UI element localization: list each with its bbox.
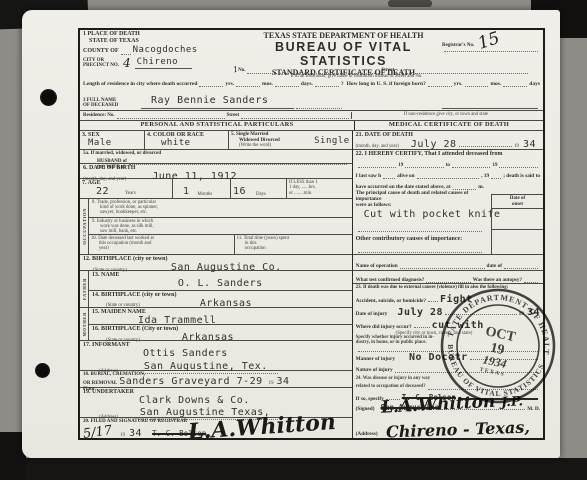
certify-19b: 19 [492,163,497,168]
md-label: M. D. [527,406,540,412]
specify-where-row: Specify whether injury occurred in in- d… [353,334,543,351]
dotted-line [358,224,482,232]
punch-hole [35,363,50,378]
test-label: What test confirmed diagnosis? [356,277,425,283]
last-saw-label: I last saw h [356,173,381,179]
dod-sub-label: (month, day, and year) [356,144,399,149]
dod-19-label: 19 [514,144,519,149]
days-label: days. [301,81,313,87]
alive-on-label: alive on [397,173,415,179]
death-said-label: ; death is said to [503,173,540,179]
days-label: days [529,81,540,87]
onset-label-2: onset [492,202,543,208]
dotted-line [405,160,444,168]
dotted-line [358,245,482,253]
total-time-label-3: occupation [245,246,350,251]
burial-19-label: 19 [269,381,274,386]
dotted-line [296,101,342,109]
test-autopsy-row: What test confirmed diagnosis? Was there… [353,271,543,284]
external-label: 23. If death was due to external causes … [356,285,540,290]
manner-value: No Docotr [409,353,468,363]
foreign-born-label: How long in U. S. if foreign born? [347,81,426,87]
date-of-label: date of [487,263,502,269]
dotted-line [524,275,538,283]
dotted-line [241,111,349,119]
dotted-line [275,79,299,87]
street-label: Street [227,113,240,119]
registrar-filed-row: 20. FILED AND SIGNATURE OF REGISTRAR 5/1… [80,418,352,440]
residence-label: Residence: No. [83,113,115,119]
mos-label: mos. [262,81,273,87]
dotted-line [499,160,538,168]
address-row: (Address) Chireno - Texas, [353,419,543,438]
signed-label: (Signed) [356,406,375,412]
husband-wife-row: 5a. If married, widowed, or divorced HUS… [80,150,352,164]
medical-column: 21. DATE OF DEATH (month, day, and year)… [352,131,543,438]
registrar-no-block: Registrar's No. 15 [442,31,540,63]
dotted-line [426,275,470,283]
months-label: Months [198,192,213,197]
occupation-group: OCCUPATION 8. Trade, profession, or part… [80,199,352,255]
section-headers: PERSONAL AND STATISTICAL PARTICULARS MED… [80,121,543,131]
father-vertical-text: FATHER [82,278,87,300]
occupation-vertical-text: OCCUPATION [82,208,87,245]
age-row: 7. AGE 22 Years 1 Months 16 Da [80,179,352,199]
dotted-line [395,365,538,373]
mother-group: MOTHER 15. MAIDEN NAME Ida Trammell 16. … [80,308,352,341]
onset-empty-cell [492,209,543,230]
where-value: cut with [432,321,484,331]
dotted-line [491,171,501,179]
place-of-death-block: 1 PLACE OF DEATH STATE OF TEXAS COUNTY O… [83,31,245,63]
dod-year-value: 34 [523,140,536,150]
title-block: TEXAS STATE DEPARTMENT OF HEALTH BUREAU … [245,31,442,63]
punch-hole [40,89,57,106]
certify-label: 22. I HEREBY CERTIFY, That I attended de… [356,151,540,158]
occupation-vertical-label: OCCUPATION [80,199,89,254]
dotted-line [247,66,379,74]
certificate-paper: 1 PLACE OF DEATH STATE OF TEXAS COUNTY O… [22,10,560,458]
dotted-line [428,382,538,390]
days-label: Days [256,192,266,197]
injury-year-value: 34 [527,308,540,318]
years-label: Years [125,191,136,196]
signature-name: L.A.Whitton [380,392,495,418]
burial-row: 18. BURIAL, CREMATION, OR REMOVAL Place … [80,371,352,388]
no-label: No. [238,68,245,74]
mother-vertical-label: MOTHER [80,308,89,340]
age-days-value: 16 [233,187,246,197]
marital-value: Single [314,137,350,146]
dotted-line [503,79,527,87]
trade-label-3: sawyer, bookkeeper, etc. [100,210,349,215]
to-label: to [446,163,450,168]
dotted-line [358,160,397,168]
industry-label-3: saw mill, bank, etc. [100,229,349,234]
father-name-row: 13. NAME O. L. Sanders [89,271,352,291]
where-label: Where did injury occur? [356,324,412,330]
dotted-line [414,320,430,328]
manner-label: Manner of injury [356,356,395,362]
scan-artifact-bottom [0,458,587,480]
dotted-line [504,261,538,269]
autopsy-label: Was there an autopsy? [473,277,522,283]
address-label: (Address) [356,431,378,437]
dotted-line [417,171,480,179]
birthplace-row: 12. BIRTHPLACE (city or town) (State or … [80,255,352,271]
nature-row: Nature of injury [353,364,543,375]
signature-suffix: J.P. [500,395,523,411]
personal-section-title: PERSONAL AND STATISTICAL PARTICULARS [80,121,354,130]
father-name-value: O. L. Sanders [92,279,349,289]
nonresidence-note: If non-residence give city, or town and … [351,112,540,119]
form-header: 1 PLACE OF DEATH STATE OF TEXAS COUNTY O… [80,30,543,64]
personal-column: 3. SEX Male 4. COLOR OR RACE white 5. Si… [80,131,352,438]
manner-row: Manner of injury No Docotr [353,351,543,364]
date-of-birth-row: 6. DATE OF BIRTH (month, day, and year) … [80,164,352,179]
form-columns: 3. SEX Male 4. COLOR OR RACE white 5. Si… [80,131,543,438]
scan-artifact-top-middle [388,0,432,7]
mother-vertical-text: MOTHER [82,312,87,337]
stray-pen-mark: 1 [232,65,239,75]
residence-length-line: Length of residence in city where death … [80,78,543,91]
dotted-line [459,139,513,147]
age-months-value: 1 [183,187,190,197]
related-row: 24. Was disease or injury in any way rel… [353,375,543,390]
burial-year-value: 34 [276,377,289,387]
registrar-no-label: Registrar's No. [442,43,474,49]
filed-date-handwritten: 5/17 [82,424,113,440]
accident-row: Accident, suicide, or homicide? Fight [353,293,543,306]
informant-value: Ottis Sanders [143,349,349,359]
informant-row: 17. INFORMANT Ottis Sanders (Address) Sa… [80,341,352,371]
where-injury-row: Where did injury occur? cut with (Specif… [353,319,543,334]
trade-row: 8. Trade, profession, or particular kind… [89,199,352,218]
industry-row: 9. Industry or business in which work wa… [89,218,352,235]
accident-value: Fight [440,295,473,305]
race-value: white [161,139,226,148]
accident-label: Accident, suicide, or homicide? [356,298,426,304]
dotted-line [315,79,339,87]
filed-year-value: 34 [129,429,142,439]
signed-row: (Signed) San Augustine M. D. L.A.Whitton… [353,401,543,419]
occurred-m-label: m. [478,184,484,190]
mother-name-row: 15. MAIDEN NAME Ida Trammell [89,308,352,325]
institution-line: 1 No. Street If in an Institution, give … [80,64,543,78]
certify-block: 22. I HEREBY CERTIFY, That I attended de… [353,150,543,255]
operation-label: Name of operation [356,263,398,269]
dod-value: July 28 [411,140,457,150]
operation-row: Name of operation date of [353,255,543,271]
dotted-line [445,307,517,315]
residence-row: Residence: No. Street If non-residence g… [80,110,543,121]
injury-date-label: Date of injury [356,311,388,317]
scanned-death-certificate: 1 PLACE OF DEATH STATE OF TEXAS COUNTY O… [0,0,587,480]
dotted-line [400,261,485,269]
yrs-label: yrs. [225,81,234,87]
father-birthplace-row: 14. BIRTHPLACE (city or town) (State or … [89,291,352,308]
last-worked-row: 10. Date deceased last worked at this oc… [89,235,352,254]
yrs-label: yrs. [454,81,463,87]
residence-length-label: Length of residence in city where death … [83,81,197,87]
county-value: Nacogdoches [133,46,198,55]
father-group: FATHER 13. NAME O. L. Sanders 14. BIRTHP… [80,271,352,308]
blank-line [442,101,538,109]
state-of-texas-label: STATE OF TEXAS [89,38,245,45]
place-of-death-label: 1 PLACE OF DEATH [83,31,245,38]
dotted-line [396,66,528,74]
dotted-line [121,47,131,55]
full-name-row: 3 FULL NAME OF DECEASED Ray Bennie Sande… [80,91,543,110]
injury-19-label: 19 [519,311,524,317]
mother-birthplace-row: 16. BIRTHPLACE (City or town) (State or … [89,325,352,341]
sex-value: Male [88,139,142,148]
injury-date-row: Date of injury July 28 19 34 [353,306,543,319]
date-of-onset-box: Date of onset [491,194,543,254]
father-vertical-label: FATHER [80,271,89,307]
nature-label: Nature of injury [356,367,393,373]
dotted-line [470,352,538,360]
dotted-line [236,79,260,87]
question-mark: ? [341,81,344,87]
last-saw-19: , 19 [481,173,489,179]
if-less-label-3: or ........min. [289,191,350,196]
dotted-line [383,171,395,179]
burial-place-value: Sanders Graveyard 7-29 [119,377,262,387]
address-handwritten: Chireno - Texas, [385,418,529,440]
of-deceased-label: OF DECEASED [83,103,141,109]
age-years-value: 22 [96,187,109,197]
dotted-line [452,160,491,168]
dotted-line [428,294,438,302]
date-of-death-row: 21. DATE OF DEATH (month, day, and year)… [353,131,543,150]
related-label-2: related to occupation of deceased? [356,384,426,389]
injury-date-value: July 28 [397,308,443,318]
dod-label: 21. DATE OF DEATH [356,132,540,139]
sex-race-marital-row: 3. SEX Male 4. COLOR OR RACE white 5. Si… [80,131,352,150]
mos-label: mos. [490,81,501,87]
department-title: TEXAS STATE DEPARTMENT OF HEALTH [245,31,442,40]
full-name-value: Ray Bennie Sanders [141,96,294,109]
dotted-line [465,79,489,87]
certificate-form: 1 PLACE OF DEATH STATE OF TEXAS COUNTY O… [78,28,545,440]
medical-section-title: MEDICAL CERTIFICATE OF DEATH [354,121,543,130]
undertaker-value: Clark Downs & Co. [139,396,349,406]
occurred-label: have occurred on the date stated above, … [356,184,451,190]
dotted-line [428,79,452,87]
dotted-line [117,111,225,119]
external-causes-row: 23. If death was due to external causes … [353,284,543,293]
certify-19a: 19 [398,163,403,168]
last-worked-label-3: year) [99,246,232,251]
county-label: COUNTY OF [83,48,119,55]
dotted-line [199,79,223,87]
filed-19-label: 19 [120,433,125,438]
dotted-line [453,182,477,190]
